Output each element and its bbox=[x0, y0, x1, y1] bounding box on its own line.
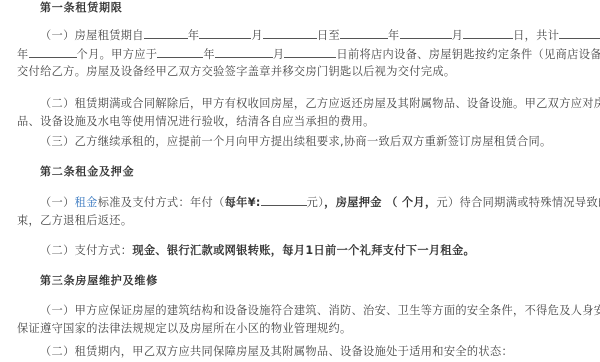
text: （一） bbox=[40, 196, 75, 209]
blank-field[interactable] bbox=[157, 47, 203, 58]
text: 年 bbox=[388, 29, 400, 42]
text: 元）待合同期满或特殊情况导致的合同结 bbox=[436, 196, 600, 209]
text: 元） bbox=[307, 196, 324, 209]
section-heading-1: 第一条租赁期限 bbox=[40, 1, 123, 15]
text: 年 bbox=[188, 29, 200, 42]
text: 月 bbox=[273, 48, 285, 61]
text: 个月。甲方应于 bbox=[77, 48, 158, 61]
paragraph-line: 品、设备设施及水电等使用情况进行验收，结清各自应当承担的费用。 bbox=[17, 115, 375, 129]
section-heading-3: 第三条房屋维护及维修 bbox=[40, 274, 158, 288]
text: 年 bbox=[17, 48, 29, 61]
blank-field[interactable] bbox=[400, 28, 452, 39]
text: 标准及支付方式：年付（ bbox=[98, 196, 225, 209]
blank-field[interactable] bbox=[284, 47, 336, 58]
blank-field[interactable] bbox=[263, 28, 317, 39]
paragraph-line: （二）租赁期满或合同解除后，甲方有权收回房屋，乙方应返还房屋及其附属物品、设备设… bbox=[40, 97, 600, 111]
paragraph-line: 束，乙方退租后返还。 bbox=[17, 214, 132, 228]
text: 月 bbox=[452, 29, 464, 42]
paragraph-line: （一）房屋租赁期自年月日至年月日，共计 bbox=[40, 28, 600, 43]
blank-field[interactable] bbox=[340, 28, 388, 39]
blank-field[interactable] bbox=[559, 28, 600, 39]
rent-link[interactable]: 租金 bbox=[75, 196, 98, 209]
blank-field[interactable] bbox=[463, 28, 513, 39]
paragraph-line: （二）租赁期内，甲乙双方应共同保障房屋及其附属物品、设备设施处于适用和安全的状态… bbox=[40, 345, 513, 359]
paragraph-line: （一）甲方应保证房屋的建筑结构和设备设施符合建筑、消防、治安、卫生等方面的安全条… bbox=[40, 304, 600, 318]
text: （二）支付方式： bbox=[40, 244, 132, 257]
blank-field[interactable] bbox=[199, 28, 251, 39]
paragraph-line: 保证遵守国家的法律法规规定以及房屋所在小区的物业管理规约。 bbox=[17, 322, 352, 336]
blank-field[interactable] bbox=[261, 195, 307, 206]
text: 日前将店内设备、房屋钥匙按约定条件（见商店设备清单） bbox=[336, 48, 600, 61]
text: 月 bbox=[251, 29, 263, 42]
text: 现金、银行汇款或网银转账，每月1日前一个礼拜支付下一月租金。 bbox=[132, 244, 475, 257]
text: 日，共计 bbox=[513, 29, 559, 42]
section-heading-2: 第二条租金及押金 bbox=[40, 165, 134, 179]
text: 年 bbox=[203, 48, 215, 61]
blank-field[interactable] bbox=[144, 28, 188, 39]
blank-field[interactable] bbox=[29, 47, 77, 58]
text: 每年¥: bbox=[225, 196, 261, 209]
text: ，房屋押金 （ 个月， bbox=[324, 196, 436, 209]
paragraph-line: 年个月。甲方应于年月日前将店内设备、房屋钥匙按约定条件（见商店设备清单） bbox=[17, 47, 600, 62]
paragraph-line: （三）乙方继续承租的，应提前一个月向甲方提出续租要求,协商一致后双方重新签订房屋… bbox=[40, 135, 552, 149]
paragraph-line: 交付给乙方。房屋及设备经甲乙双方交验签字盖章并移交房门钥匙以后视为交付完成。 bbox=[17, 65, 455, 79]
blank-field[interactable] bbox=[215, 47, 273, 58]
text: 日至 bbox=[317, 29, 340, 42]
paragraph-line: （二）支付方式：现金、银行汇款或网银转账，每月1日前一个礼拜支付下一月租金。 bbox=[40, 244, 475, 258]
text: （一）房屋租赁期自 bbox=[40, 29, 144, 42]
paragraph-line: （一）租金标准及支付方式：年付（每年¥:元），房屋押金 （ 个月，元）待合同期满… bbox=[40, 195, 600, 210]
